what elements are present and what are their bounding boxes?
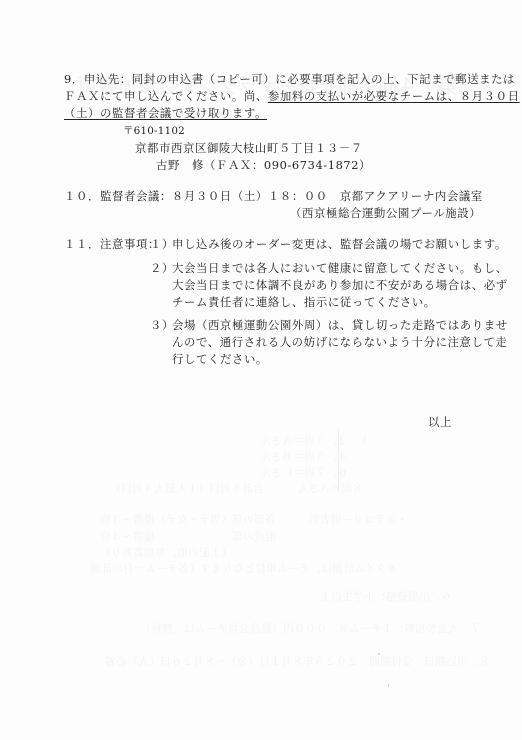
note-number: ２） <box>150 261 174 275</box>
show-through-line: ７．大会参加料：１チーム８，０００円（総合会員チームは、無料） <box>140 622 481 636</box>
contact: 古野 修（ＦＡＸ：090-6734-1872） <box>156 158 371 172</box>
show-through-line: ・カテゴリー別表彰 各部の部（男子・女子）優勝～３位 <box>100 513 408 527</box>
show-through-line: ６．出場資格：小学生以上 <box>320 590 452 604</box>
show-through-line: ６．７周＝Ｃさん <box>260 466 348 480</box>
scan-speck <box>378 653 380 655</box>
address: 京都市西京区御陵大枝山町５丁目１３－７ <box>135 141 363 155</box>
postal-code: 〒610-1102 <box>123 124 185 138</box>
show-through-line: ※タイム計測は、チーム単位となります（各チーム一台の計測 <box>90 562 396 576</box>
item9-line2-text: ＦＡＸにて申し込んでください。尚、 <box>64 89 268 103</box>
note-number: ３） <box>150 318 174 332</box>
note-number: １） <box>150 237 174 251</box>
show-through-line: ８．申込期日：受付期間 ２０２５年８月１日（金）～８月２６日（火）必着 <box>105 655 490 669</box>
scan-speck <box>388 684 389 687</box>
show-through-line: （上記の他、参加賞あり） <box>100 546 359 560</box>
item9-fee-notice: 参加料の支払いが必要なチームは、８月３０日 <box>268 89 520 103</box>
item9-line2: ＦＡＸにて申し込んでください。尚、参加料の支払いが必要なチームは、８月３０日 <box>64 89 520 103</box>
closing-mark: 以上 <box>428 415 452 429</box>
show-through-line: 混成の部 優勝～３位 <box>100 530 408 544</box>
show-through-line: １．２．３周＝Ａさん <box>260 434 370 448</box>
show-through-divider <box>338 430 339 492</box>
note-text: んので、通行される人の妨げにならないよう十分に注意して走 <box>172 335 508 349</box>
document-page: 第１４回京都リレーマラソン大会参加要項 １．２．３周＝Ａさん ４．５周＝Ｂさん … <box>0 0 522 740</box>
item9-fee-notice-cont: （土）の監督者会議で受け取ります。 <box>64 106 267 120</box>
show-through-line: ４．５周＝Ｂさん <box>260 450 348 464</box>
item9-line1: 9．申込先：同封の申込書（コピー可）に必要事項を記入の上、下記まで郵送または <box>64 72 515 86</box>
note-text: 行してください。 <box>172 352 268 366</box>
item10-line2: （西京極総合運動公園プール施設） <box>290 206 481 220</box>
item9-line3: （土）の監督者会議で受け取ります。 <box>64 106 267 120</box>
note-text: 申し込み後のオーダー変更は、監督会議の場でお願いします。 <box>172 237 507 251</box>
note-text: 大会当日までに体調不良があり参加に不安がある場合は、必ず <box>172 278 508 292</box>
note-text: チーム責任者に連絡し、指示に従ってください。 <box>172 295 436 309</box>
show-through-line: ８周＝Ａさん 合計８周回（１人最大４周回） <box>110 482 363 496</box>
note-text: 会場（西京極運動公園外周）は、貸し切った走路ではありませ <box>172 318 508 332</box>
note-text: 大会当日までは各人において健康に留意してください。もし、 <box>172 261 508 275</box>
item11-label: １１．注意事項： <box>64 237 160 251</box>
item10-line1: １０．監督者会議：８月３０日（土）１８：００ 京都アクアリーナ内会議室 <box>64 189 483 203</box>
